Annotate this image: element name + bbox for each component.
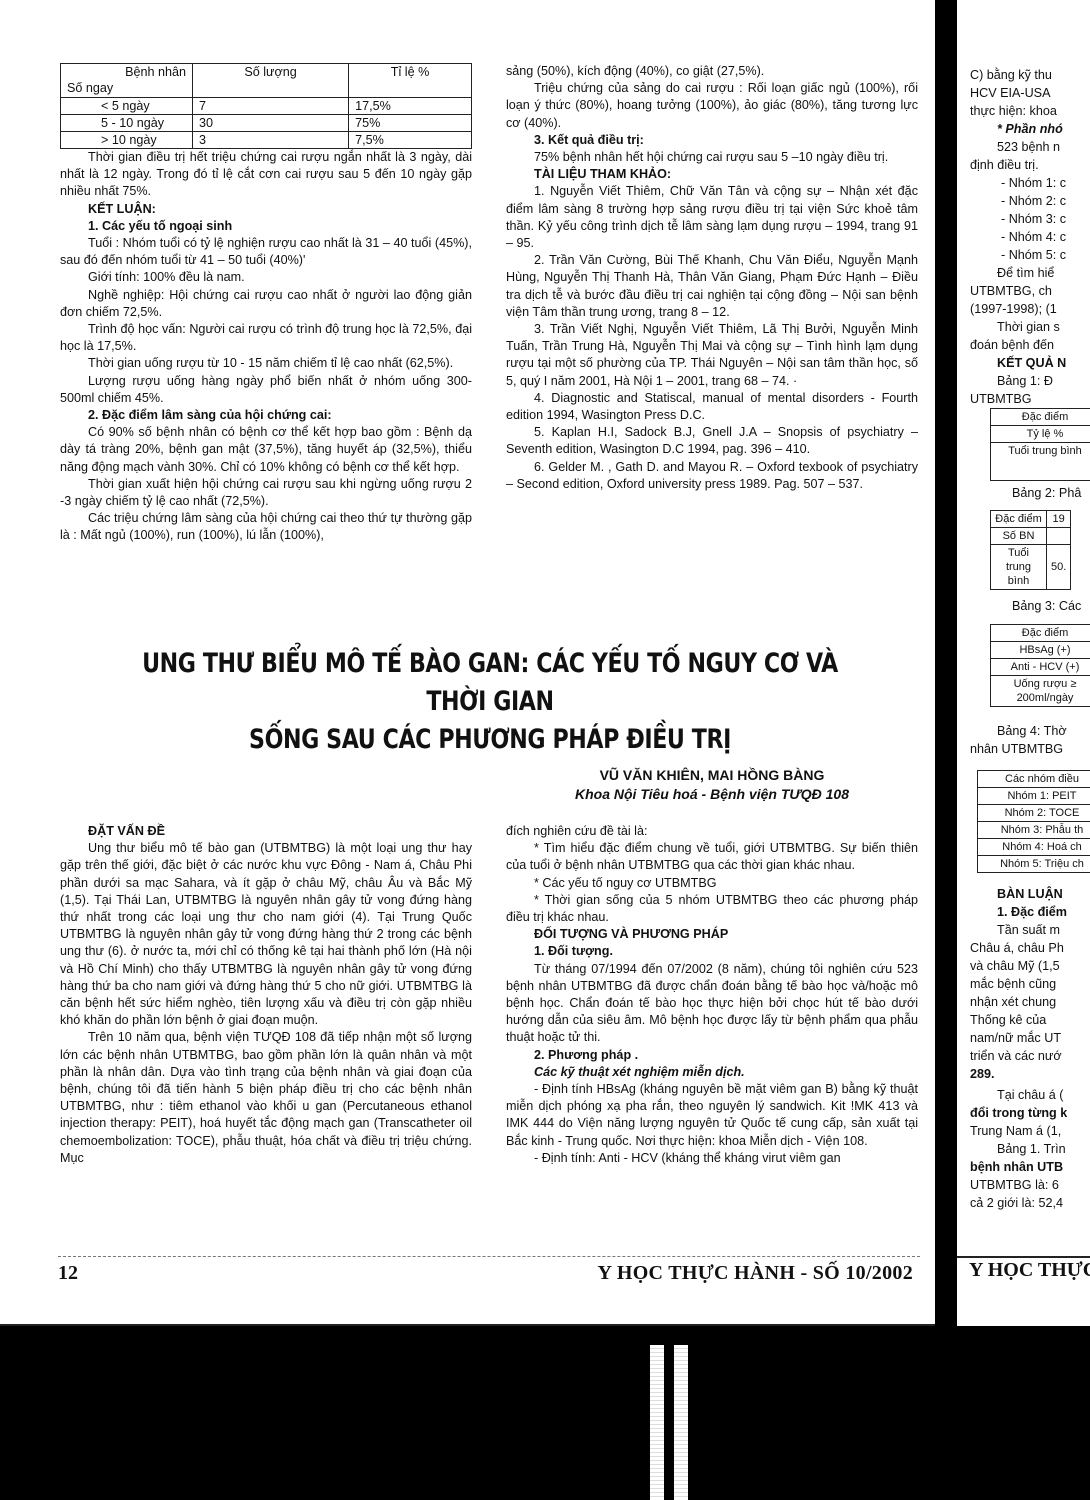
author-affiliation: Khoa Nội Tiêu hoá - Bệnh viện TƯQĐ 108	[506, 785, 918, 804]
text-line: đoán bệnh đến	[970, 337, 1054, 355]
column-a: Bệnh nhân Số ngay Số lượng Tỉ lệ % < 5 n…	[60, 63, 472, 545]
subheading-subjects: 1. Đối tượng.	[506, 943, 918, 960]
paragraph: - Định tính: Anti - HCV (kháng thể kháng…	[506, 1150, 918, 1167]
text-line: đổi trong từng k	[970, 1105, 1067, 1123]
table-cell: Các nhóm điều	[978, 771, 1090, 788]
subheading-exogenous: 1. Các yếu tố ngoại sinh	[60, 218, 472, 235]
aim-item: * Các yếu tố nguy cơ UTBMTBG	[506, 875, 918, 892]
table-row: 5 - 10 ngày 30 75%	[61, 115, 472, 132]
cell-percent: 75%	[349, 115, 472, 132]
paragraph: Tuổi : Nhóm tuổi có tỷ lệ nghiện rượu ca…	[60, 235, 472, 269]
title-line-1: UNG THƯ BIỂU MÔ TẾ BÀO GAN: CÁC YẾU TỐ N…	[137, 645, 842, 721]
column-c: ĐẶT VẤN ĐỀ Ung thư biểu mô tế bào gan (U…	[60, 823, 472, 1167]
paragraph: sảng (50%), kích động (40%), co giật (27…	[506, 63, 918, 80]
paragraph: Lượng rượu uống hàng ngày phổ biến nhất …	[60, 373, 472, 407]
text-line: (1997-1998); (1	[970, 301, 1057, 319]
section-heading-references: TÀI LIỆU THAM KHẢO:	[506, 166, 918, 183]
footer-divider	[957, 1256, 1090, 1258]
text-line: nam/nữ mắc UT	[970, 1030, 1061, 1048]
paragraph: Thời gian uống rượu từ 10 - 15 năm chiếm…	[60, 355, 472, 372]
header-percent: Tỉ lệ %	[349, 64, 472, 98]
subheading-clinical: 2. Đặc điểm lâm sàng của hội chứng cai:	[60, 407, 472, 424]
table-cell: Nhóm 2: TOCE	[978, 805, 1090, 822]
paragraph: Các triệu chứng lâm sàng của hội chứng c…	[60, 510, 472, 544]
table-row: > 10 ngày 3 7,5%	[61, 132, 472, 149]
cell-count: 3	[193, 132, 349, 149]
journal-footer: Y HỌC THỰC	[969, 1262, 1090, 1280]
table-cell: Đặc điểm	[991, 625, 1090, 642]
text-line: Để tìm hiể	[997, 265, 1054, 283]
section-heading-introduction: ĐẶT VẤN ĐỀ	[60, 823, 472, 840]
table-cell: Số BN	[991, 528, 1047, 545]
table-caption: nhân UTBMTBG	[970, 741, 1063, 759]
text-line: Châu á, châu Ph	[970, 940, 1064, 958]
paragraph: 75% bệnh nhân hết hội chứng cai rượu sau…	[506, 149, 918, 166]
author-block: VŨ VĂN KHIÊN, MAI HỒNG BÀNG Khoa Nội Tiê…	[506, 766, 918, 804]
table-cell: HBsAg (+)	[991, 642, 1090, 659]
aim-item: * Tìm hiểu đặc điểm chung về tuổi, giới …	[506, 840, 918, 874]
footer-divider	[58, 1256, 920, 1257]
table-caption: Bảng 1: Đ	[997, 373, 1053, 391]
paragraph: Trên 10 năm qua, bệnh viện TƯQĐ 108 đã t…	[60, 1029, 472, 1167]
group-item: - Nhóm 1: c	[1001, 175, 1066, 193]
paragraph: Thời gian xuất hiện hội chứng cai rượu s…	[60, 476, 472, 510]
cell-days: 5 - 10 ngày	[61, 115, 193, 132]
journal-footer: Y HỌC THỰC HÀNH - SỐ 10/2002	[598, 1262, 913, 1285]
table-caption: Bảng 2: Phâ	[1012, 485, 1081, 503]
treatment-days-table: Bệnh nhân Số ngay Số lượng Tỉ lệ % < 5 n…	[60, 63, 472, 149]
table-cell: Tuổi trung bình	[991, 545, 1047, 590]
paragraph: đích nghiên cứu đề tài là:	[506, 823, 918, 840]
paragraph: Triệu chứng của sảng do cai rượu : Rối l…	[506, 80, 918, 132]
book-gutter	[935, 0, 957, 1326]
left-page: Bệnh nhân Số ngay Số lượng Tỉ lệ % < 5 n…	[0, 0, 935, 1326]
text-line: UTBMTBG, ch	[970, 283, 1052, 301]
table-cell: Nhóm 5: Triệu ch	[978, 856, 1090, 873]
subheading-grouping: * Phần nhó	[997, 121, 1063, 139]
subheading-discussion-1: 1. Đặc điểm	[997, 904, 1067, 922]
text-line: 289.	[970, 1066, 995, 1084]
text-line: cả 2 giới là: 52,4	[970, 1195, 1063, 1213]
section-heading-conclusion: KẾT LUẬN:	[60, 201, 472, 218]
reference-item: 1. Nguyễn Viết Thiêm, Chữ Văn Tân và cộn…	[506, 183, 918, 252]
table-cell: Tuổi trung bình	[991, 443, 1090, 481]
text-line: định điều trị.	[970, 157, 1039, 175]
header-patients: Bệnh nhân	[67, 64, 186, 80]
paragraph: Thời gian điều trị hết triệu chứng cai r…	[60, 149, 472, 201]
table-cell: Anti - HCV (+)	[991, 659, 1090, 676]
text-line: C) bằng kỹ thu	[970, 67, 1052, 85]
page-number: 12	[58, 1262, 78, 1285]
table-cell: Đặc điểm	[991, 409, 1090, 426]
scanner-binding-strip	[650, 1345, 664, 1500]
header-count: Số lượng	[193, 64, 349, 98]
diagonal-header-cell: Bệnh nhân Số ngay	[61, 64, 193, 98]
subheading-method: 2. Phương pháp .	[506, 1047, 918, 1064]
cell-count: 7	[193, 98, 349, 115]
reference-item: 6. Gelder M. , Gath D. and Mayou R. – Ox…	[506, 459, 918, 493]
group-item: - Nhóm 3: c	[1001, 211, 1066, 229]
group-item: - Nhóm 5: c	[1001, 247, 1066, 265]
title-line-2: SỐNG SAU CÁC PHƯƠNG PHÁP ĐIỀU TRỊ	[137, 721, 842, 759]
text-line: Bảng 1. Trìn	[997, 1141, 1066, 1159]
cell-days: < 5 ngày	[61, 98, 193, 115]
cell-days: > 10 ngày	[61, 132, 193, 149]
aim-item: * Thời gian sống của 5 nhóm UTBMTBG theo…	[506, 892, 918, 926]
column-b: sảng (50%), kích động (40%), co giật (27…	[506, 63, 918, 493]
table-cell: Uống rượu ≥ 200ml/ngày	[991, 676, 1090, 707]
header-days: Số ngay	[67, 81, 113, 95]
reference-item: 5. Kaplan H.I, Sadock B.J, Gnell J.A – S…	[506, 424, 918, 458]
text-line: triển và các nướ	[970, 1048, 1062, 1066]
table-cell: 50.	[1047, 545, 1071, 590]
text-line: bệnh nhân UTB	[970, 1159, 1063, 1177]
author-names: VŨ VĂN KHIÊN, MAI HỒNG BÀNG	[506, 766, 918, 785]
text-line: Trung Nam á (1,	[970, 1123, 1061, 1141]
section-heading-discussion: BÀN LUẬN	[997, 886, 1063, 904]
paragraph: Nghề nghiệp: Hội chứng cai rượu cao nhất…	[60, 287, 472, 321]
table-cell: Nhóm 3: Phẫu th	[978, 822, 1090, 839]
table-3: Đặc điểm HBsAg (+) Anti - HCV (+) Uống r…	[990, 624, 1090, 707]
table-cell: Đặc điểm	[991, 511, 1047, 528]
subheading-immunology: Các kỹ thuật xét nghiệm miễn dịch.	[506, 1064, 918, 1081]
text-line: Thống kê của	[970, 1012, 1046, 1030]
table-cell: 19	[1047, 511, 1071, 528]
scanner-binding-strip	[674, 1345, 688, 1500]
table-cell: Nhóm 1: PEIT	[978, 788, 1090, 805]
table-caption: Bảng 3: Các	[1012, 598, 1081, 616]
reference-item: 2. Trần Văn Cường, Bùi Thế Khanh, Chu Vă…	[506, 252, 918, 321]
table-cell: Tỷ lệ %	[991, 426, 1090, 443]
section-heading-results: KẾT QUẢ N	[997, 355, 1066, 373]
table-caption: UTBMTBG	[970, 391, 1032, 409]
table-1: Đặc điểm Tỷ lệ % Tuổi trung bình	[990, 408, 1090, 481]
table-4: Các nhóm điều Nhóm 1: PEIT Nhóm 2: TOCE …	[977, 770, 1090, 873]
subheading-results: 3. Kết quả điều trị:	[506, 132, 918, 149]
paragraph: Từ tháng 07/1994 đến 07/2002 (8 năm), ch…	[506, 961, 918, 1047]
text-line: Tại châu á (	[997, 1087, 1064, 1105]
text-line: Tần suất m	[997, 922, 1060, 940]
right-page-partial: C) bằng kỹ thu HCV EIA-USA thực hiện: kh…	[957, 0, 1090, 1326]
reference-item: 3. Trần Viết Nghị, Nguyễn Viết Thiêm, Lã…	[506, 321, 918, 390]
text-line: và châu Mỹ (1,5	[970, 958, 1060, 976]
group-item: - Nhóm 4: c	[1001, 229, 1066, 247]
article-title: UNG THƯ BIỂU MÔ TẾ BÀO GAN: CÁC YẾU TỐ N…	[137, 645, 842, 759]
text-line: nhận xét chung	[970, 994, 1056, 1012]
paragraph: Trình độ học vấn: Người cai rượu có trìn…	[60, 321, 472, 355]
table-header-row: Bệnh nhân Số ngay Số lượng Tỉ lệ %	[61, 64, 472, 98]
table-2: Đặc điểm19 Số BN Tuổi trung bình50.	[990, 510, 1071, 590]
text-line: HCV EIA-USA	[970, 85, 1050, 103]
reference-item: 4. Diagnostic and Statiscal, manual of m…	[506, 390, 918, 424]
text-line: mắc bệnh cũng	[970, 976, 1056, 994]
paragraph: - Định tính HBsAg (kháng nguyên bề mặt v…	[506, 1081, 918, 1150]
paragraph: Có 90% số bệnh nhân có bệnh cơ thể kết h…	[60, 424, 472, 476]
cell-count: 30	[193, 115, 349, 132]
section-heading-methods: ĐỐI TƯỢNG VÀ PHƯƠNG PHÁP	[506, 926, 918, 943]
cell-percent: 7,5%	[349, 132, 472, 149]
paragraph: Giới tính: 100% đều là nam.	[60, 269, 472, 286]
text-line: thực hiện: khoa	[970, 103, 1057, 121]
table-row: < 5 ngày 7 17,5%	[61, 98, 472, 115]
table-cell: Nhóm 4: Hoá ch	[978, 839, 1090, 856]
text-line: Thời gian s	[997, 319, 1060, 337]
text-line: UTBMTBG là: 6	[970, 1177, 1059, 1195]
text-line: 523 bệnh n	[997, 139, 1060, 157]
group-item: - Nhóm 2: c	[1001, 193, 1066, 211]
column-d: đích nghiên cứu đề tài là: * Tìm hiểu đặ…	[506, 823, 918, 1167]
table-cell	[1047, 528, 1071, 545]
table-caption: Bảng 4: Thờ	[997, 723, 1067, 741]
cell-percent: 17,5%	[349, 98, 472, 115]
paragraph: Ung thư biểu mô tế bào gan (UTBMTBG) là …	[60, 840, 472, 1029]
